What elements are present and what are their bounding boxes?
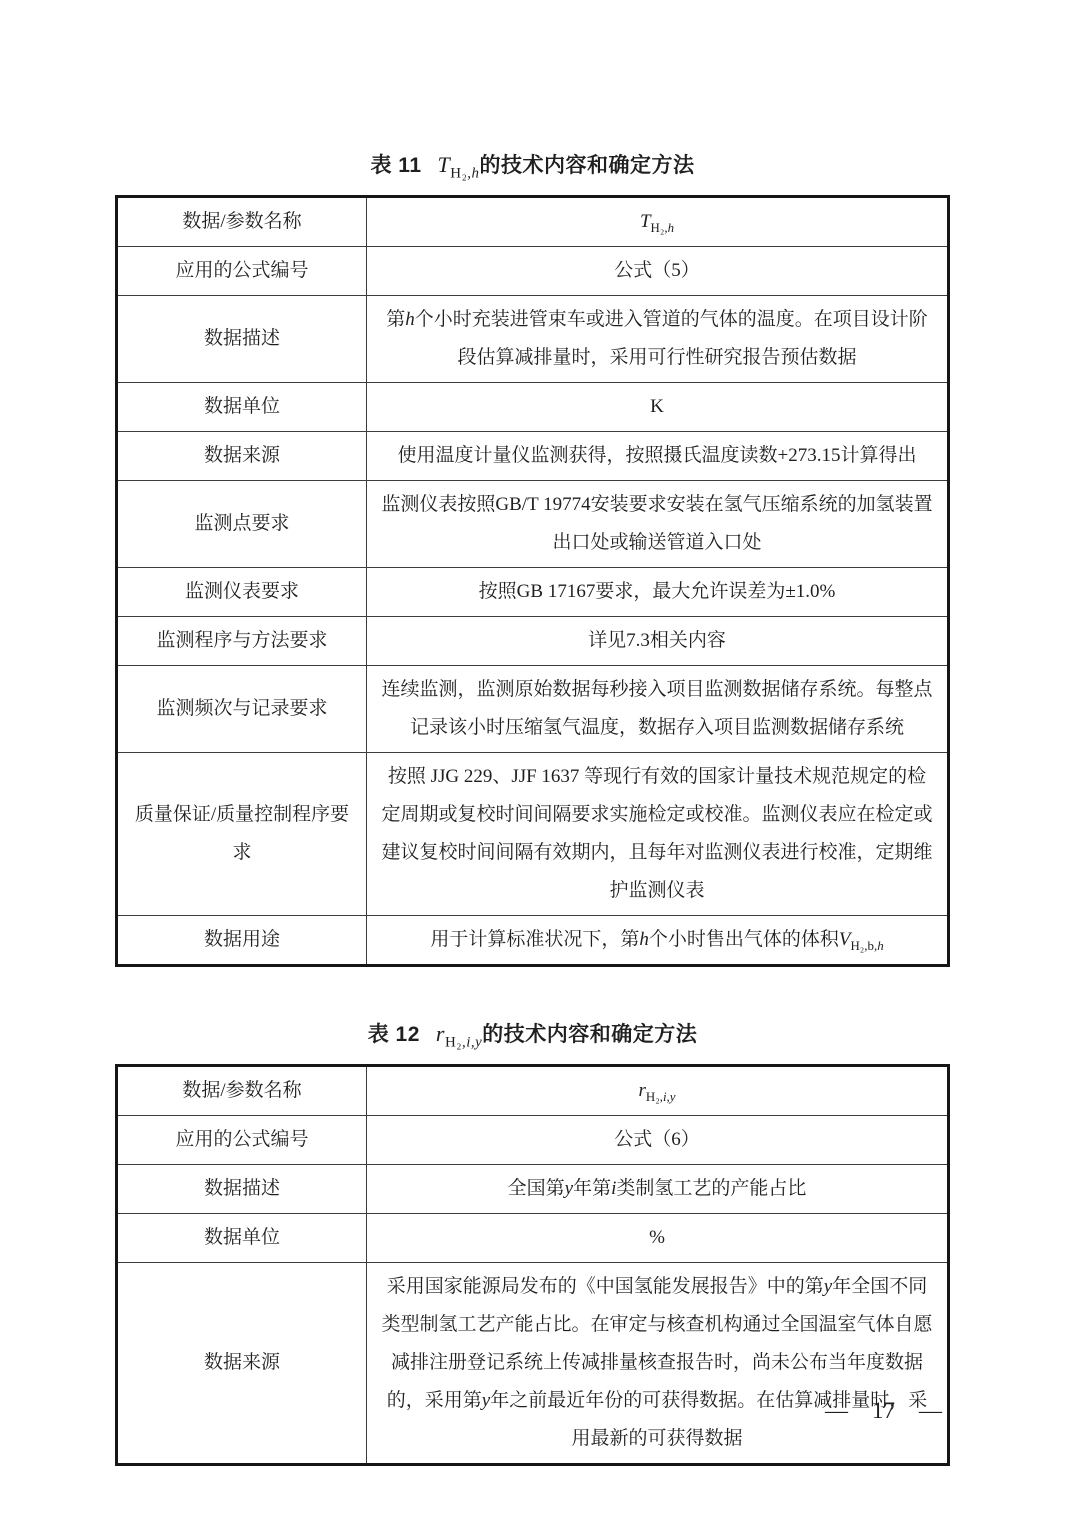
row-label: 监测频次与记录要求	[117, 666, 367, 753]
table11: 数据/参数名称 TH₂,h 应用的公式编号 公式（5） 数据描述 第h个小时充装…	[115, 195, 950, 967]
table-row: 数据单位 K	[117, 383, 949, 432]
table-row: 数据描述 全国第y年第i类制氢工艺的产能占比	[117, 1165, 949, 1214]
document-page: { "colors": { "text": "#1f1f1f", "border…	[0, 0, 1080, 1527]
row-value: 第h个小时充装进管束车或进入管道的气体的温度。在项目设计阶段估算减排量时，采用可…	[367, 296, 949, 383]
row-label: 数据来源	[117, 432, 367, 481]
table-row: 数据用途 用于计算标准状况下，第h个小时售出气体的体积VH₂,b,h	[117, 916, 949, 966]
row-label: 数据用途	[117, 916, 367, 966]
table-row: 监测仪表要求 按照GB 17167要求，最大允许误差为±1.0%	[117, 568, 949, 617]
table11-title-formula: TH₂,h	[438, 152, 480, 177]
table11-title-suffix: 的技术内容和确定方法	[480, 154, 695, 177]
row-value: K	[367, 383, 949, 432]
footer-left-dash: —	[825, 1396, 848, 1426]
table-row: 监测点要求 监测仪表按照GB/T 19774安装要求安装在氢气压缩系统的加氢装置…	[117, 481, 949, 568]
page-number: — 17 —	[825, 1396, 942, 1426]
footer-right-dash: —	[919, 1396, 942, 1426]
footer-number: 17	[872, 1396, 895, 1426]
table12-title: 表 12rH₂,i,y的技术内容和确定方法	[115, 1019, 950, 1050]
row-value: 按照GB 17167要求，最大允许误差为±1.0%	[367, 568, 949, 617]
document-body: 表 11TH₂,h的技术内容和确定方法 数据/参数名称 TH₂,h 应用的公式编…	[115, 150, 950, 1466]
row-value: 公式（5）	[367, 247, 949, 296]
row-value: rH₂,i,y	[367, 1066, 949, 1116]
row-label: 数据描述	[117, 1165, 367, 1214]
row-value: 监测仪表按照GB/T 19774安装要求安装在氢气压缩系统的加氢装置出口处或输送…	[367, 481, 949, 568]
row-value: 全国第y年第i类制氢工艺的产能占比	[367, 1165, 949, 1214]
table12-title-label: 表 12	[368, 1023, 420, 1046]
table-row: 监测频次与记录要求 连续监测，监测原始数据每秒接入项目监测数据储存系统。每整点记…	[117, 666, 949, 753]
table-row: 数据单位 %	[117, 1214, 949, 1263]
table12-title-formula: rH₂,i,y	[436, 1021, 482, 1046]
row-label: 监测仪表要求	[117, 568, 367, 617]
table-row: 数据来源 采用国家能源局发布的《中国氢能发展报告》中的第y年全国不同类型制氢工艺…	[117, 1263, 949, 1465]
row-label: 数据/参数名称	[117, 197, 367, 247]
row-value: TH₂,h	[367, 197, 949, 247]
row-value: 按照 JJG 229、JJF 1637 等现行有效的国家计量技术规范规定的检定周…	[367, 753, 949, 916]
row-value: 使用温度计量仪监测获得，按照摄氏温度读数+273.15计算得出	[367, 432, 949, 481]
row-label: 监测点要求	[117, 481, 367, 568]
row-label: 数据单位	[117, 383, 367, 432]
row-label: 质量保证/质量控制程序要求	[117, 753, 367, 916]
row-label: 数据来源	[117, 1263, 367, 1465]
row-value: 详见7.3相关内容	[367, 617, 949, 666]
row-label: 应用的公式编号	[117, 1116, 367, 1165]
row-label: 数据/参数名称	[117, 1066, 367, 1116]
row-label: 数据描述	[117, 296, 367, 383]
table11-title: 表 11TH₂,h的技术内容和确定方法	[115, 150, 950, 181]
table11-title-label: 表 11	[370, 154, 421, 177]
table12-title-suffix: 的技术内容和确定方法	[482, 1023, 697, 1046]
row-value: %	[367, 1214, 949, 1263]
table-row: 数据/参数名称 rH₂,i,y	[117, 1066, 949, 1116]
row-value: 采用国家能源局发布的《中国氢能发展报告》中的第y年全国不同类型制氢工艺产能占比。…	[367, 1263, 949, 1465]
table-row: 数据/参数名称 TH₂,h	[117, 197, 949, 247]
table-row: 应用的公式编号 公式（5）	[117, 247, 949, 296]
row-label: 应用的公式编号	[117, 247, 367, 296]
table-row: 质量保证/质量控制程序要求 按照 JJG 229、JJF 1637 等现行有效的…	[117, 753, 949, 916]
row-value: 用于计算标准状况下，第h个小时售出气体的体积VH₂,b,h	[367, 916, 949, 966]
row-label: 数据单位	[117, 1214, 367, 1263]
row-value: 公式（6）	[367, 1116, 949, 1165]
table-row: 数据描述 第h个小时充装进管束车或进入管道的气体的温度。在项目设计阶段估算减排量…	[117, 296, 949, 383]
table-row: 数据来源 使用温度计量仪监测获得，按照摄氏温度读数+273.15计算得出	[117, 432, 949, 481]
table-row: 监测程序与方法要求 详见7.3相关内容	[117, 617, 949, 666]
row-value: 连续监测，监测原始数据每秒接入项目监测数据储存系统。每整点记录该小时压缩氢气温度…	[367, 666, 949, 753]
row-label: 监测程序与方法要求	[117, 617, 367, 666]
table-row: 应用的公式编号 公式（6）	[117, 1116, 949, 1165]
